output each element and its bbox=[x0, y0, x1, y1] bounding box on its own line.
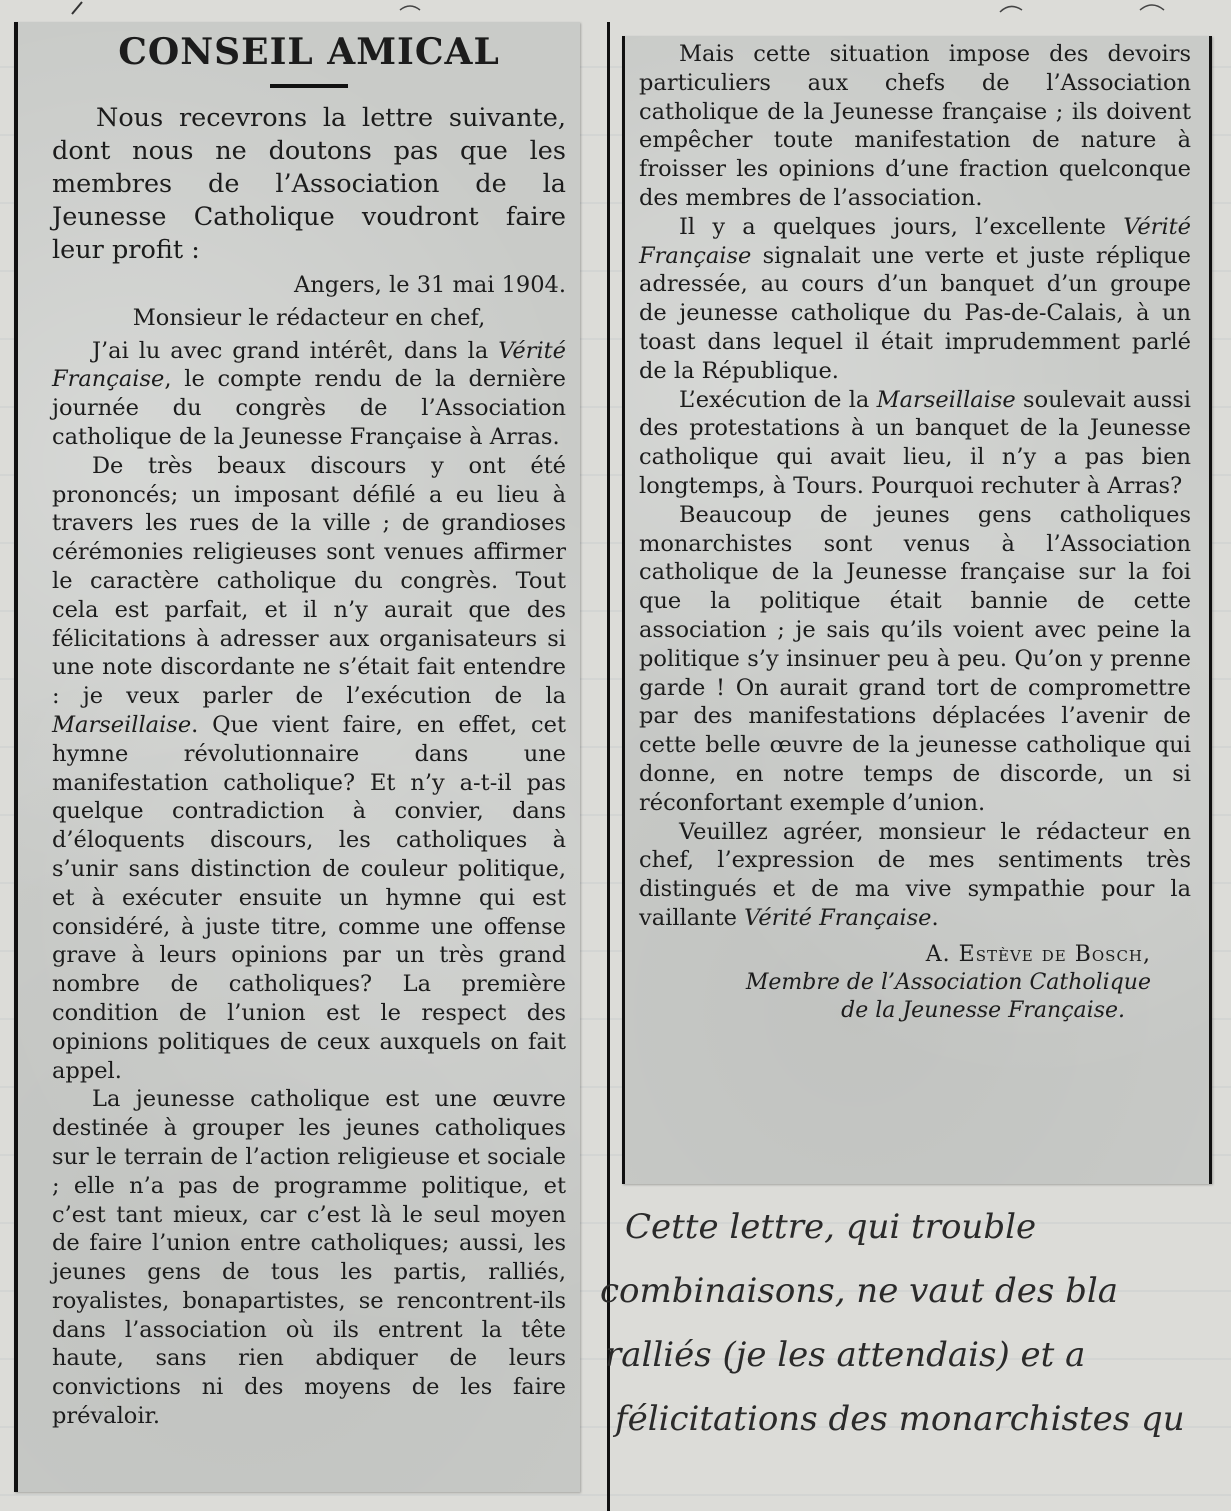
letter-closing: Veuillez agréer, monsieur le rédacteur e… bbox=[639, 818, 1191, 933]
letter-paragraph-3: La jeunesse catholique est une œuvre des… bbox=[52, 1085, 566, 1431]
article-title: CONSEIL AMICAL bbox=[52, 30, 566, 74]
letter-paragraph-4: Mais cette situation impose des devoirs … bbox=[639, 40, 1191, 213]
letter-paragraph-2: De très beaux discours y ont été prononc… bbox=[52, 452, 566, 1086]
letter-paragraph-6: L’exécution de la Marseillaise soulevait… bbox=[639, 386, 1191, 501]
signature-role-line-2: de la Jeunesse Française. bbox=[639, 997, 1125, 1025]
anthem-name: Marseillaise bbox=[52, 712, 191, 738]
handwritten-line: Cette lettre, qui trouble bbox=[600, 1195, 1231, 1259]
handwritten-line: félicitations des monarchistes qu bbox=[600, 1387, 1231, 1451]
handwriting-fragment-top bbox=[0, 0, 1231, 16]
newspaper-clipping-left-column: CONSEIL AMICAL Nous recevrons la lettre … bbox=[14, 22, 580, 1492]
signature-role-line-1: Membre de l’Association Catholique bbox=[639, 969, 1151, 997]
newspaper-name: Vérité Française bbox=[744, 905, 931, 931]
signature-name: A. Estève de Bosch, bbox=[639, 941, 1151, 969]
letter-paragraph-7: Beaucoup de jeunes gens catholiques mona… bbox=[639, 501, 1191, 818]
letter-paragraph-5: Il y a quelques jours, l’excellente Véri… bbox=[639, 213, 1191, 386]
newspaper-clipping-right-column: Mais cette situation impose des devoirs … bbox=[622, 36, 1212, 1184]
handwritten-note: Cette lettre, qui trouble combinaisons, … bbox=[600, 1195, 1231, 1511]
article-intro: Nous recevrons la lettre suivante, dont … bbox=[52, 102, 566, 267]
handwritten-line: ralliés (je les attendais) et a bbox=[600, 1323, 1231, 1387]
letter-paragraph-1: J’ai lu avec grand intérêt, dans la Véri… bbox=[52, 337, 566, 452]
title-rule-divider bbox=[270, 84, 348, 88]
handwritten-line: combinaisons, ne vaut des bla bbox=[600, 1259, 1231, 1323]
letter-dateline: Angers, le 31 mai 1904. bbox=[52, 271, 566, 300]
letter-salutation: Monsieur le rédacteur en chef, bbox=[52, 304, 566, 333]
anthem-name: Marseillaise bbox=[877, 387, 1016, 413]
